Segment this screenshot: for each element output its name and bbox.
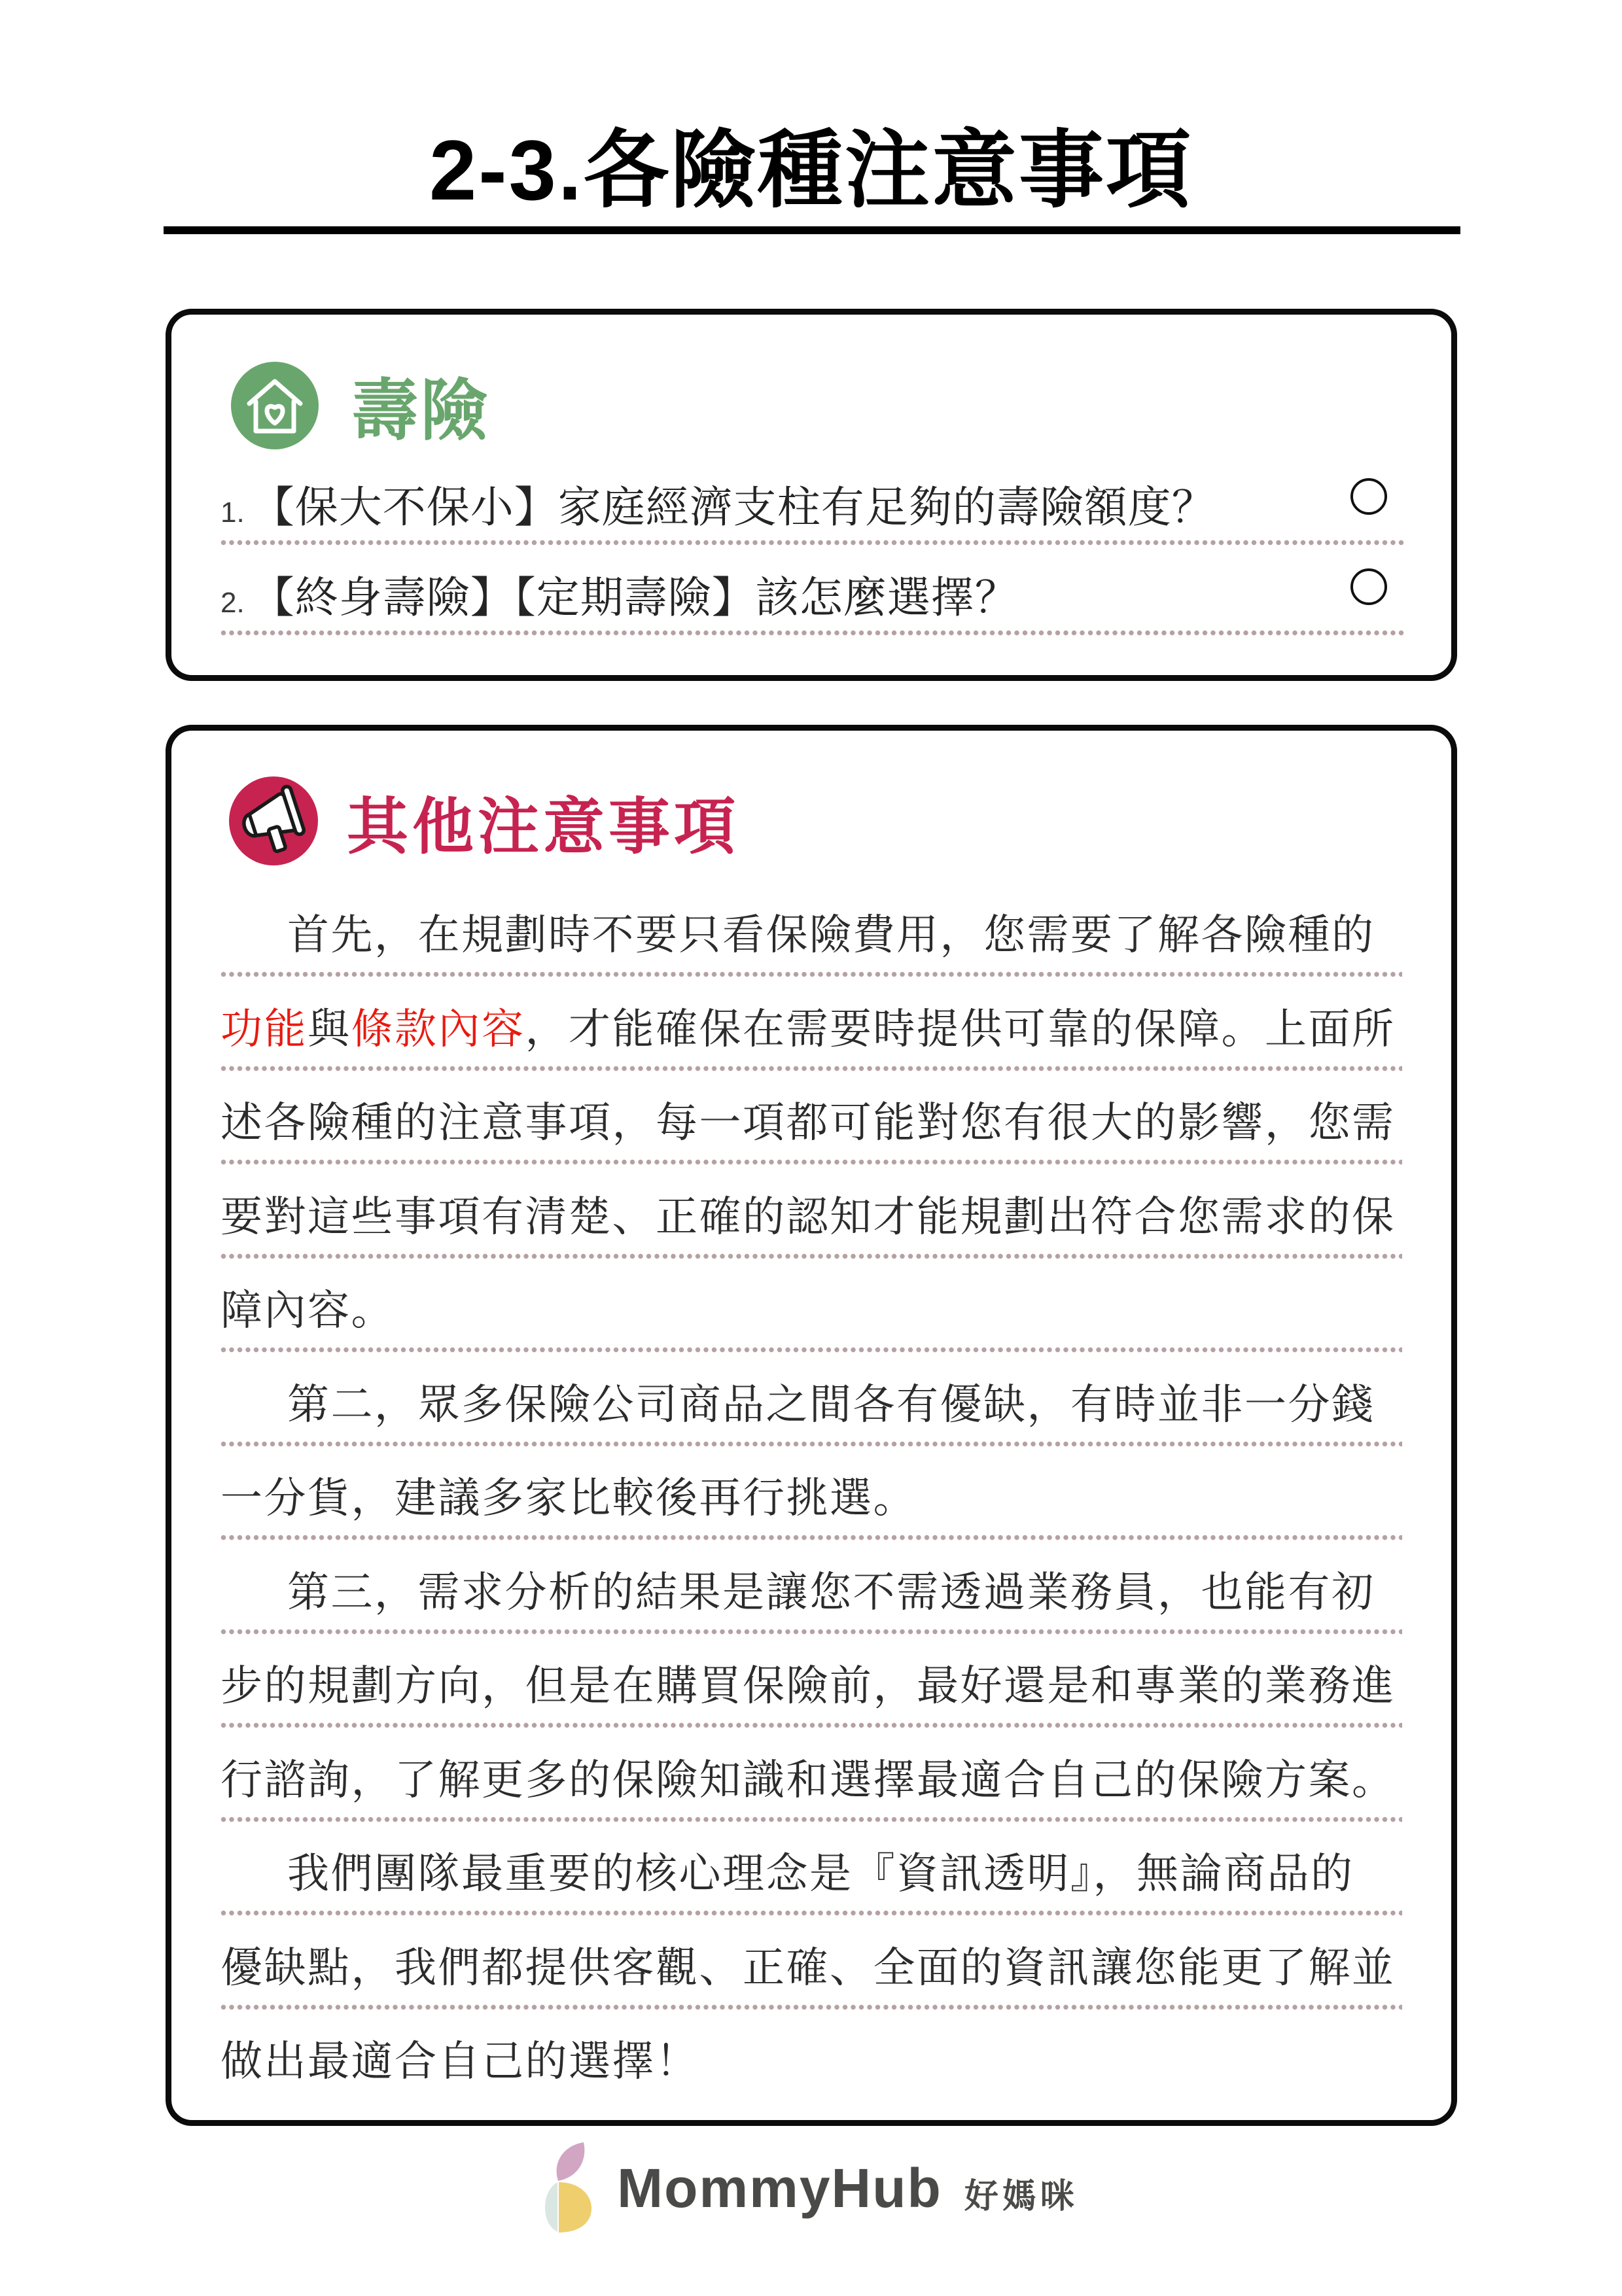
dotted-underline — [220, 1629, 1402, 1635]
notes-section-title: 其他注意事項 — [347, 777, 739, 865]
dotted-underline — [220, 2004, 1402, 2010]
question-number: 2. — [220, 587, 245, 619]
paragraph-line: 一分貨，建議多家比較後再行挑選。 — [220, 1469, 1402, 1563]
paragraph-text: 第二，眾多保險公司商品之間各有優缺，有時並非一分錢 — [220, 1376, 1402, 1433]
paragraph-line: 要對這些事項有清楚、正確的認知才能規劃出符合您需求的保 — [220, 1188, 1402, 1282]
body-text: 我們團隊最重要的核心理念是『資訊透明』，無論商品的 — [287, 1850, 1354, 1897]
paragraph-line: 第三，需求分析的結果是讓您不需透過業務員，也能有初 — [220, 1563, 1402, 1658]
life-question-list: 1.【保大不保小】家庭經濟支柱有足夠的壽險額度？2.【終身壽險】【定期壽險】該怎… — [220, 477, 1405, 657]
question-text: 【終身壽險】【定期壽險】該怎麼選擇？ — [251, 573, 1019, 621]
body-text: 第三，需求分析的結果是讓您不需透過業務員，也能有初 — [287, 1569, 1375, 1616]
notes-section-header: 其他注意事項 — [229, 776, 739, 865]
answer-circle[interactable] — [1350, 478, 1387, 515]
petal-logo-icon — [544, 2140, 595, 2236]
dotted-underline — [220, 1347, 1402, 1353]
paragraph-line: 第二，眾多保險公司商品之間各有優缺，有時並非一分錢 — [220, 1376, 1402, 1470]
body-text: 首先，在規劃時不要只看保險費用，您需要了解各險種的 — [287, 911, 1375, 958]
highlight-red-text: 條款內容 — [351, 1005, 525, 1052]
title-underline — [164, 226, 1460, 234]
dotted-underline — [220, 1817, 1402, 1822]
body-text: 步的規劃方向，但是在購買保險前，最好還是和專業的業務進 — [220, 1662, 1396, 1709]
dotted-underline — [220, 1535, 1402, 1540]
question-item: 2.【終身壽險】【定期壽險】該怎麼選擇？ — [220, 567, 1405, 657]
dotted-underline — [220, 1910, 1402, 1916]
body-text: 做出最適合自己的選擇！ — [220, 2038, 699, 2085]
brand-footer: MommyHub 好媽咪 — [0, 2140, 1622, 2236]
paragraph-text: 我們團隊最重要的核心理念是『資訊透明』，無論商品的 — [220, 1845, 1402, 1902]
petal-yellow — [559, 2182, 591, 2233]
dotted-underline — [220, 540, 1405, 546]
paragraph-text: 述各險種的注意事項，每一項都可能對您有很大的影響，您需 — [220, 1094, 1402, 1151]
page-title: 2-3.各險種注意事項 — [0, 102, 1622, 224]
megaphone-icon — [229, 776, 318, 865]
paragraph-text: 一分貨，建議多家比較後再行挑選。 — [220, 1469, 1402, 1527]
body-text: 述各險種的注意事項，每一項都可能對您有很大的影響，您需 — [220, 1099, 1396, 1146]
dotted-underline — [220, 1159, 1402, 1165]
body-text: 行諮詢，了解更多的保險知識和選擇最適合自己的保險方案。 — [220, 1756, 1396, 1803]
paragraph-line: 優缺點，我們都提供客觀、正確、全面的資訊讓您能更了解並 — [220, 1939, 1402, 2033]
body-text: 障內容。 — [220, 1287, 395, 1334]
question-text: 【保大不保小】家庭經濟支柱有足夠的壽險額度？ — [251, 483, 1216, 531]
page: 2-3.各險種注意事項 壽險 1.【保大不保小】家庭經濟支柱有足夠的壽險額度？2… — [0, 0, 1622, 2296]
life-section-header: 壽險 — [231, 358, 490, 453]
paragraph-text: 功能與條款內容，才能確保在需要時提供可靠的保障。上面所 — [220, 1000, 1402, 1058]
paragraph-text: 優缺點，我們都提供客觀、正確、全面的資訊讓您能更了解並 — [220, 1939, 1402, 1996]
paragraph-line: 障內容。 — [220, 1281, 1402, 1376]
life-section-title: 壽險 — [351, 358, 490, 453]
paragraph-line: 我們團隊最重要的核心理念是『資訊透明』，無論商品的 — [220, 1845, 1402, 1939]
paragraph-text: 首先，在規劃時不要只看保險費用，您需要了解各險種的 — [220, 906, 1402, 964]
house-heart-icon — [231, 362, 319, 449]
body-text: 一分貨，建議多家比較後再行挑選。 — [220, 1474, 917, 1522]
paragraph-text: 第三，需求分析的結果是讓您不需透過業務員，也能有初 — [220, 1563, 1402, 1621]
dotted-underline — [220, 1441, 1402, 1447]
dotted-underline — [220, 1066, 1402, 1071]
paragraph-text: 做出最適合自己的選擇！ — [220, 2032, 1402, 2090]
answer-circle[interactable] — [1350, 568, 1387, 605]
question-item: 1.【保大不保小】家庭經濟支柱有足夠的壽險額度？ — [220, 477, 1405, 567]
dotted-underline — [220, 1253, 1402, 1259]
question-text-row: 2.【終身壽險】【定期壽險】該怎麼選擇？ — [220, 571, 1019, 636]
dotted-underline — [220, 1722, 1402, 1728]
body-text: 要對這些事項有清楚、正確的認知才能規劃出符合您需求的保 — [220, 1193, 1396, 1240]
dotted-underline — [220, 971, 1402, 977]
paragraph-line: 步的規劃方向，但是在購買保險前，最好還是和專業的業務進 — [220, 1657, 1402, 1751]
life-insurance-card: 壽險 1.【保大不保小】家庭經濟支柱有足夠的壽險額度？2.【終身壽險】【定期壽險… — [166, 309, 1457, 681]
body-text: 與 — [308, 1005, 351, 1052]
body-text: 優缺點，我們都提供客觀、正確、全面的資訊讓您能更了解並 — [220, 1944, 1396, 1991]
other-notes-card: 其他注意事項 首先，在規劃時不要只看保險費用，您需要了解各險種的功能與條款內容，… — [166, 725, 1457, 2126]
brand-name-chinese: 好媽咪 — [964, 2168, 1078, 2218]
paragraph-line: 述各險種的注意事項，每一項都可能對您有很大的影響，您需 — [220, 1094, 1402, 1188]
paragraph-text: 障內容。 — [220, 1281, 1402, 1339]
body-text: ，才能確保在需要時提供可靠的保障。上面所 — [525, 1005, 1396, 1052]
paragraph-line: 做出最適合自己的選擇！ — [220, 2032, 1402, 2127]
dotted-underline — [220, 630, 1405, 636]
question-text-row: 1.【保大不保小】家庭經濟支柱有足夠的壽險額度？ — [220, 481, 1216, 546]
paragraph-text: 要對這些事項有清楚、正確的認知才能規劃出符合您需求的保 — [220, 1188, 1402, 1245]
paragraph-text: 行諮詢，了解更多的保險知識和選擇最適合自己的保險方案。 — [220, 1751, 1402, 1809]
paragraph-text: 步的規劃方向，但是在購買保險前，最好還是和專業的業務進 — [220, 1657, 1402, 1714]
question-number: 1. — [220, 496, 245, 529]
paragraph-line: 行諮詢，了解更多的保險知識和選擇最適合自己的保險方案。 — [220, 1751, 1402, 1845]
notes-paragraph: 首先，在規劃時不要只看保險費用，您需要了解各險種的功能與條款內容，才能確保在需要… — [220, 906, 1402, 2127]
brand-name: MommyHub — [617, 2157, 942, 2220]
petal-pink — [557, 2142, 585, 2181]
highlight-red-text: 功能 — [220, 1005, 308, 1052]
petal-blue — [545, 2182, 557, 2232]
body-text: 第二，眾多保險公司商品之間各有優缺，有時並非一分錢 — [287, 1381, 1375, 1428]
paragraph-line: 首先，在規劃時不要只看保險費用，您需要了解各險種的 — [220, 906, 1402, 1000]
paragraph-line: 功能與條款內容，才能確保在需要時提供可靠的保障。上面所 — [220, 1000, 1402, 1094]
